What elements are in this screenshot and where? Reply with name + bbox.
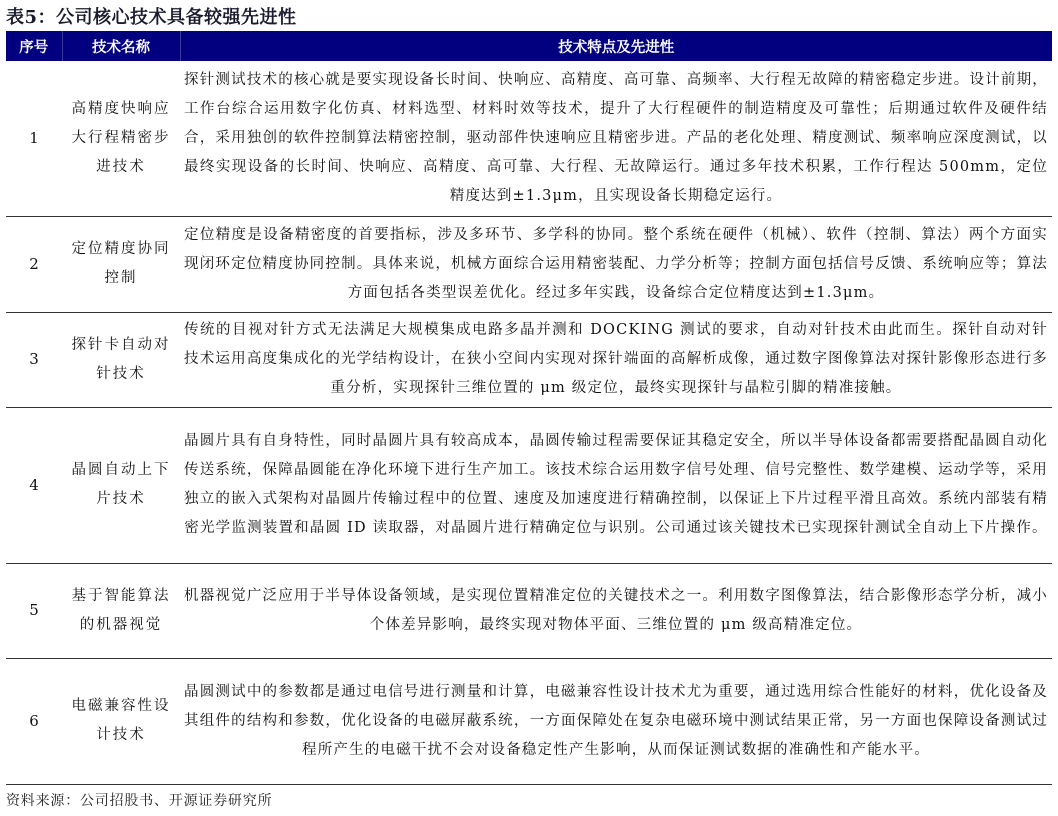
row-index: 1 [6,61,62,216]
source-note: 资料来源：公司招股书、开源证券研究所 [6,790,272,810]
row-tech-desc: 晶圆测试中的参数都是通过电信号进行测量和计算，电磁兼容性设计技术尤为重要，通过选… [180,658,1052,784]
row-tech-name: 探针卡自动对针技术 [62,312,180,407]
row-index: 4 [6,407,62,563]
row-tech-desc: 探针测试技术的核心就是要实现设备长时间、快响应、高精度、高可靠、高频率、大行程无… [180,61,1052,216]
table-header-row: 序号 技术名称 技术特点及先进性 [6,31,1052,61]
row-tech-desc: 机器视觉广泛应用于半导体设备领域，是实现位置精准定位的关键技术之一。利用数字图像… [180,563,1052,658]
table-title: 表5：公司核心技术具备较强先进性 [6,3,297,29]
table-row: 6 电磁兼容性设计技术 晶圆测试中的参数都是通过电信号进行测量和计算，电磁兼容性… [6,658,1052,784]
row-tech-desc: 传统的目视对针方式无法满足大规模集成电路多晶并测和 DOCKING 测试的要求，… [180,312,1052,407]
table-row: 4 晶圆自动上下片技术 晶圆片具有自身特性，同时晶圆片具有较高成本，晶圆传输过程… [6,407,1052,563]
row-index: 6 [6,658,62,784]
core-technology-table: 序号 技术名称 技术特点及先进性 1 高精度快响应大行程精密步进技术 探针测试技… [6,31,1052,785]
row-tech-name: 高精度快响应大行程精密步进技术 [62,61,180,216]
row-tech-name: 定位精度协同控制 [62,216,180,312]
table-row: 5 基于智能算法的机器视觉 机器视觉广泛应用于半导体设备领域，是实现位置精准定位… [6,563,1052,658]
header-index: 序号 [6,31,62,61]
table-row: 1 高精度快响应大行程精密步进技术 探针测试技术的核心就是要实现设备长时间、快响… [6,61,1052,216]
row-tech-desc: 晶圆片具有自身特性，同时晶圆片具有较高成本，晶圆传输过程需要保证其稳定安全，所以… [180,407,1052,563]
header-tech-name: 技术名称 [62,31,180,61]
header-tech-features: 技术特点及先进性 [180,31,1052,61]
table-row: 2 定位精度协同控制 定位精度是设备精密度的首要指标，涉及多环节、多学科的协同。… [6,216,1052,312]
row-index: 3 [6,312,62,407]
row-tech-desc: 定位精度是设备精密度的首要指标，涉及多环节、多学科的协同。整个系统在硬件（机械）… [180,216,1052,312]
table-row: 3 探针卡自动对针技术 传统的目视对针方式无法满足大规模集成电路多晶并测和 DO… [6,312,1052,407]
row-index: 2 [6,216,62,312]
row-tech-name: 晶圆自动上下片技术 [62,407,180,563]
row-tech-name: 基于智能算法的机器视觉 [62,563,180,658]
row-tech-name: 电磁兼容性设计技术 [62,658,180,784]
row-index: 5 [6,563,62,658]
